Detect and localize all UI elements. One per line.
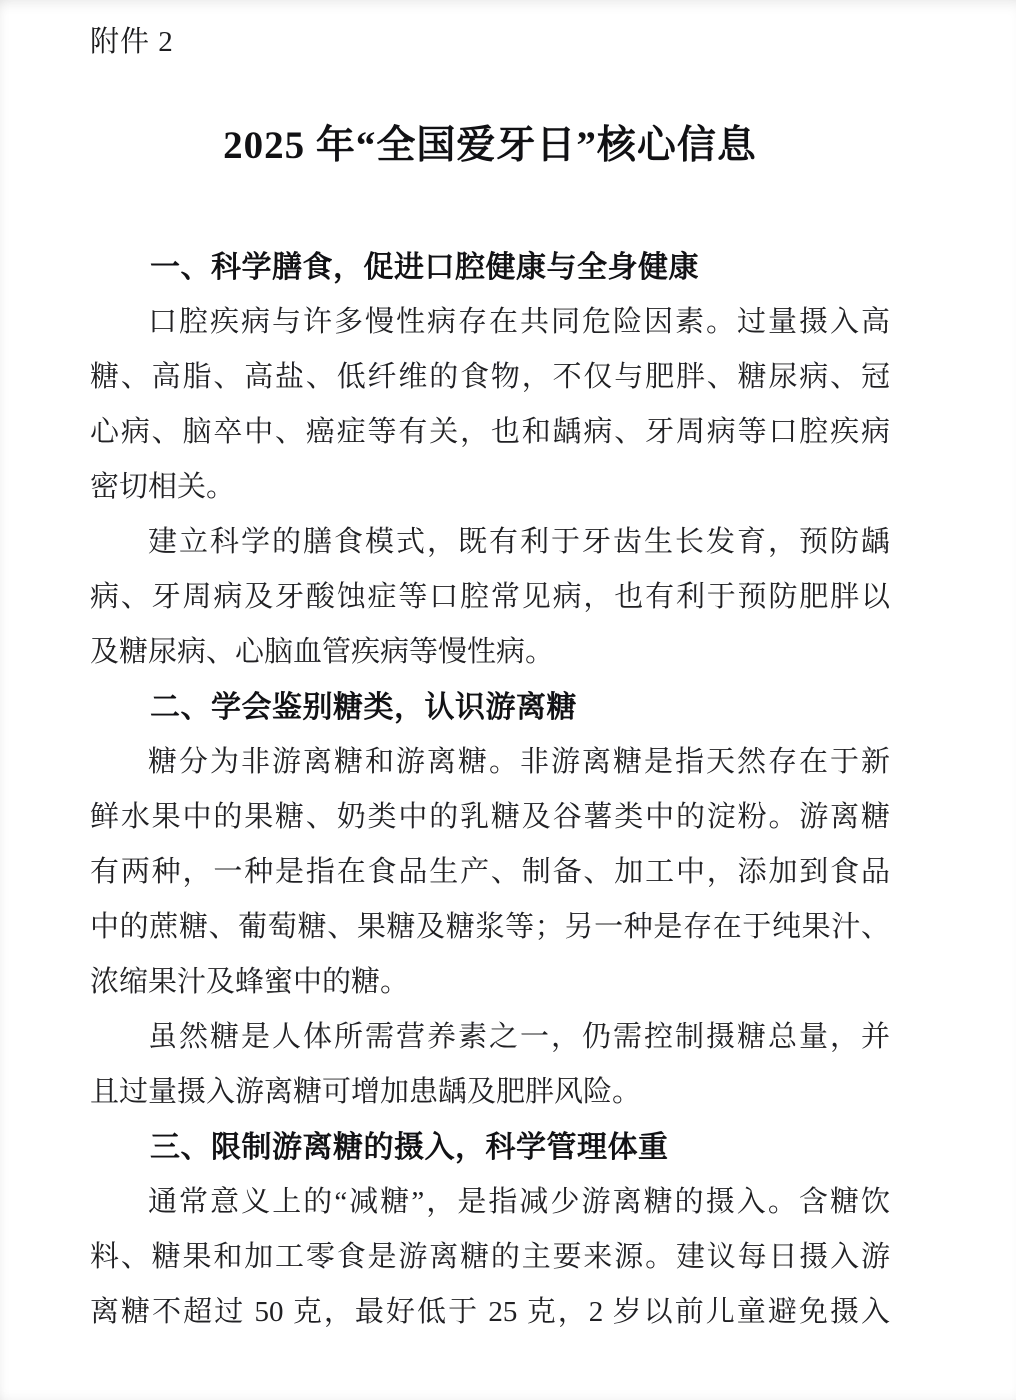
paragraph-line: 浓缩果汁及蜂蜜中的糖。: [90, 955, 890, 1010]
section-heading: 一、科学膳食，促进口腔健康与全身健康: [90, 240, 890, 295]
paragraph-line: 口腔疾病与许多慢性病存在共同危险因素。过量摄入高: [90, 295, 890, 350]
paragraph-line: 病、牙周病及牙酸蚀症等口腔常见病，也有利于预防肥胖以: [90, 570, 890, 625]
paragraph-line: 糖、高脂、高盐、低纤维的食物，不仅与肥胖、糖尿病、冠: [90, 350, 890, 405]
paragraph-line: 糖分为非游离糖和游离糖。非游离糖是指天然存在于新: [90, 735, 890, 790]
paragraph-line: 有两种，一种是指在食品生产、制备、加工中，添加到食品: [90, 845, 890, 900]
paragraph-line: 虽然糖是人体所需营养素之一，仍需控制摄糖总量，并: [90, 1010, 890, 1065]
paragraph-line: 心病、脑卒中、癌症等有关，也和龋病、牙周病等口腔疾病: [90, 405, 890, 460]
paragraph-line: 鲜水果中的果糖、奶类中的乳糖及谷薯类中的淀粉。游离糖: [90, 790, 890, 845]
paragraph-line: 通常意义上的“减糖”，是指减少游离糖的摄入。含糖饮: [90, 1175, 890, 1230]
paragraph-line: 建立科学的膳食模式，既有利于牙齿生长发育，预防龋: [90, 515, 890, 570]
paragraph-line: 中的蔗糖、葡萄糖、果糖及糖浆等；另一种是存在于纯果汁、: [90, 900, 890, 955]
page-title: 2025 年“全国爱牙日”核心信息: [90, 118, 890, 174]
section-heading: 三、限制游离糖的摄入，科学管理体重: [90, 1120, 890, 1175]
paragraph-line: 且过量摄入游离糖可增加患龋及肥胖风险。: [90, 1065, 890, 1120]
paragraph-line: 密切相关。: [90, 460, 890, 515]
document-page: 附件 2 2025 年“全国爱牙日”核心信息 一、科学膳食，促进口腔健康与全身健…: [0, 0, 1016, 1400]
paragraph-line: 料、糖果和加工零食是游离糖的主要来源。建议每日摄入游: [90, 1230, 890, 1285]
document-body: 一、科学膳食，促进口腔健康与全身健康口腔疾病与许多慢性病存在共同危险因素。过量摄…: [90, 240, 890, 1340]
section-heading: 二、学会鉴别糖类，认识游离糖: [90, 680, 890, 735]
paragraph-line: 离糖不超过 50 克，最好低于 25 克，2 岁以前儿童避免摄入: [90, 1285, 890, 1340]
attachment-label: 附件 2: [90, 22, 890, 62]
paragraph-line: 及糖尿病、心脑血管疾病等慢性病。: [90, 625, 890, 680]
